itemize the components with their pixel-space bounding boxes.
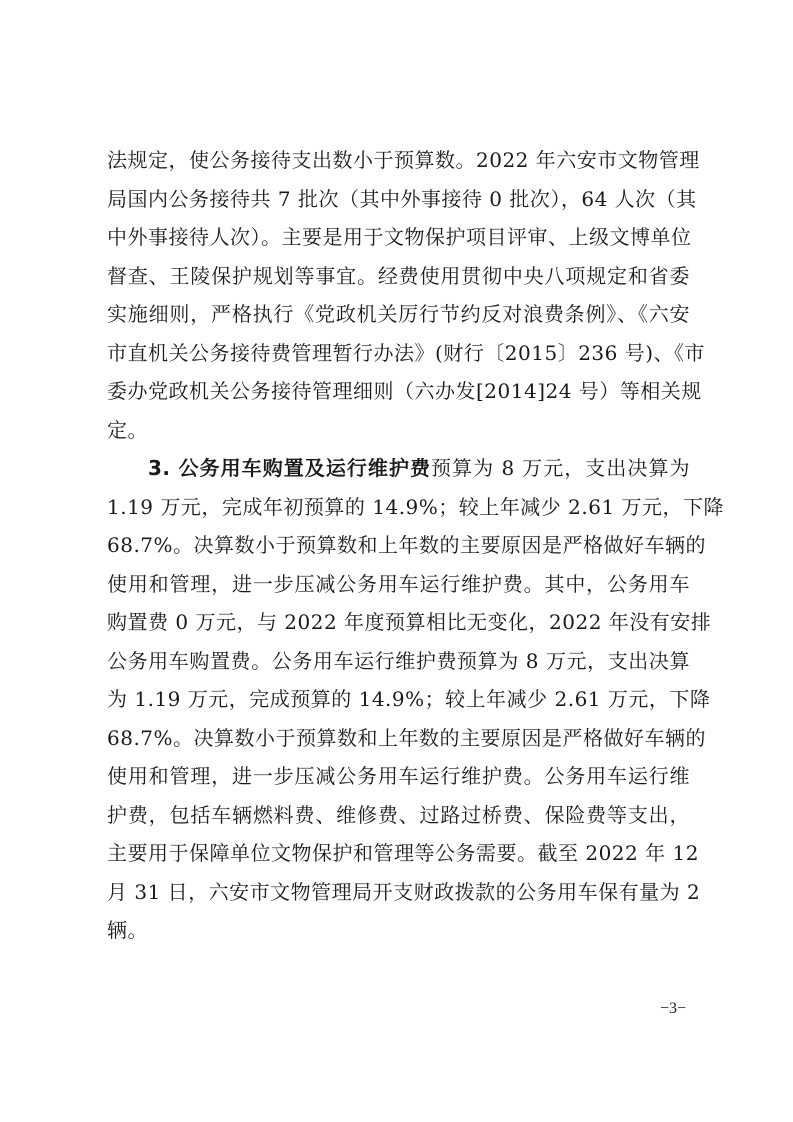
text-line: 市直机关公务接待费管理暂行办法》(财行〔2015〕236 号)、《市	[107, 340, 690, 379]
text-line: 局国内公务接待共 7 批次（其中外事接待 0 批次），64 人次（其	[107, 186, 690, 225]
text-line: 使用和管理，进一步压减公务用车运行维护费。其中，公务用车	[107, 571, 690, 610]
body-text: 法规定，使公务接待支出数小于预算数。2022 年六安市文物管理 局国内公务接待共…	[107, 147, 690, 956]
text-line: 购置费 0 万元，与 2022 年度预算相比无变化，2022 年没有安排	[107, 609, 690, 648]
page-number: −3−	[660, 1000, 686, 1018]
text-line: 公务用车购置费。公务用车运行维护费预算为 8 万元，支出决算	[107, 648, 690, 687]
section-heading-line: 3. 公务用车购置及运行维护费预算为 8 万元，支出决算为	[107, 455, 690, 494]
text-line: 月 31 日，六安市文物管理局开支财政拨款的公务用车保有量为 2	[107, 879, 690, 918]
text-line: 使用和管理，进一步压减公务用车运行维护费。公务用车运行维	[107, 763, 690, 802]
text-line: 督查、王陵保护规划等事宜。经费使用贯彻中央八项规定和省委	[107, 263, 690, 302]
section-heading: 3. 公务用车购置及运行维护费	[148, 456, 431, 480]
text-line: 68.7%。决算数小于预算数和上年数的主要原因是严格做好车辆的	[107, 532, 690, 571]
text-line: 护费，包括车辆燃料费、维修费、过路过桥费、保险费等支出，	[107, 802, 690, 841]
document-page: 法规定，使公务接待支出数小于预算数。2022 年六安市文物管理 局国内公务接待共…	[0, 0, 793, 1122]
text-line: 定。	[107, 417, 690, 456]
text-line: 实施细则，严格执行《党政机关厉行节约反对浪费条例》、《六安	[107, 301, 690, 340]
paragraph-vehicle-expenses: 3. 公务用车购置及运行维护费预算为 8 万元，支出决算为 1.19 万元，完成…	[107, 455, 690, 956]
paragraph-official-reception: 法规定，使公务接待支出数小于预算数。2022 年六安市文物管理 局国内公务接待共…	[107, 147, 690, 455]
text-line: 法规定，使公务接待支出数小于预算数。2022 年六安市文物管理	[107, 147, 690, 186]
text-line: 辆。	[107, 917, 690, 956]
text-line: 为 1.19 万元，完成预算的 14.9%；较上年减少 2.61 万元，下降	[107, 686, 690, 725]
text-line: 68.7%。决算数小于预算数和上年数的主要原因是严格做好车辆的	[107, 725, 690, 764]
text-line: 委办党政机关公务接待管理细则（六办发[2014]24 号）等相关规	[107, 378, 690, 417]
heading-line-rest: 预算为 8 万元，支出决算为	[431, 456, 690, 480]
text-line: 中外事接待人次）。主要是用于文物保护项目评审、上级文博单位	[107, 224, 690, 263]
text-line: 主要用于保障单位文物保护和管理等公务需要。截至 2022 年 12	[107, 840, 690, 879]
text-line: 1.19 万元，完成年初预算的 14.9%；较上年减少 2.61 万元，下降	[107, 494, 690, 533]
